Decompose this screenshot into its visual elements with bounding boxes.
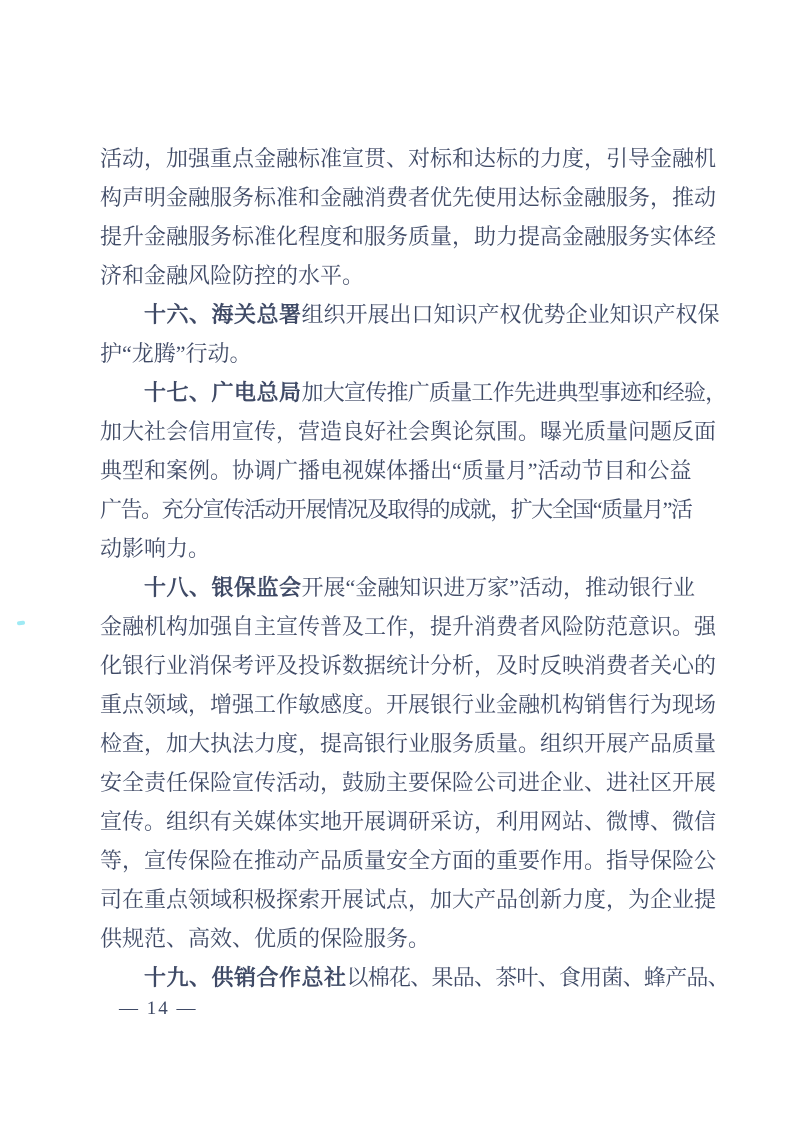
document-page: 活动，加强重点金融标准宣贯、对标和达标的力度，引导金融机构声明金融服务标准和金融… bbox=[0, 0, 800, 1128]
text-line: 十六、海关总署组织开展出口知识产权优势企业知识产权保 bbox=[100, 295, 716, 334]
text-line: 活动，加强重点金融标准宣贯、对标和达标的力度，引导金融机 bbox=[100, 139, 716, 178]
text-line: 供规范、高效、优质的保险服务。 bbox=[100, 919, 716, 958]
text-line: 司在重点领域积极探索开展试点，加大产品创新力度，为企业提 bbox=[100, 880, 716, 919]
text-line: 构声明金融服务标准和金融消费者优先使用达标金融服务，推动 bbox=[100, 178, 716, 217]
section-heading: 十六、海关总署 bbox=[144, 302, 302, 327]
scan-artifact bbox=[17, 621, 25, 626]
page-number: — 14 — bbox=[119, 998, 198, 1020]
text-line: 检查，加大执法力度，提高银行业服务质量。组织开展产品质量 bbox=[100, 724, 716, 763]
section-heading: 十八、银保监会 bbox=[144, 575, 302, 600]
text-line: 典型和案例。协调广播电视媒体播出“质量月”活动节目和公益 bbox=[100, 451, 716, 490]
text-line: 十九、供销合作总社以棉花、果品、茶叶、食用菌、蜂产品、 bbox=[100, 958, 716, 997]
section-heading: 十九、供销合作总社 bbox=[144, 965, 347, 990]
text-line: 金融机构加强自主宣传普及工作，提升消费者风险防范意识。强 bbox=[100, 607, 716, 646]
text-line: 动影响力。 bbox=[100, 529, 716, 568]
text-line: 提升金融服务标准化程度和服务质量，助力提高金融服务实体经 bbox=[100, 217, 716, 256]
text-line: 化银行业消保考评及投诉数据统计分析，及时反映消费者关心的 bbox=[100, 646, 716, 685]
document-body: 活动，加强重点金融标准宣贯、对标和达标的力度，引导金融机构声明金融服务标准和金融… bbox=[100, 139, 716, 997]
text-line: 宣传。组织有关媒体实地开展调研采访，利用网站、微博、微信 bbox=[100, 802, 716, 841]
text-line: 济和金融风险防控的水平。 bbox=[100, 256, 716, 295]
text-line: 广告。充分宣传活动开展情况及取得的成就，扩大全国“质量月”活 bbox=[100, 490, 716, 529]
text-line: 安全责任保险宣传活动，鼓励主要保险公司进企业、进社区开展 bbox=[100, 763, 716, 802]
text-line: 十八、银保监会开展“金融知识进万家”活动，推动银行业 bbox=[100, 568, 716, 607]
section-heading: 十七、广电总局 bbox=[144, 380, 302, 405]
text-line: 护“龙腾”行动。 bbox=[100, 334, 716, 373]
text-line: 十七、广电总局加大宣传推广质量工作先进典型事迹和经验， bbox=[100, 373, 716, 412]
text-line: 加大社会信用宣传，营造良好社会舆论氛围。曝光质量问题反面 bbox=[100, 412, 716, 451]
text-line: 等，宣传保险在推动产品质量安全方面的重要作用。指导保险公 bbox=[100, 841, 716, 880]
text-line: 重点领域，增强工作敏感度。开展银行业金融机构销售行为现场 bbox=[100, 685, 716, 724]
